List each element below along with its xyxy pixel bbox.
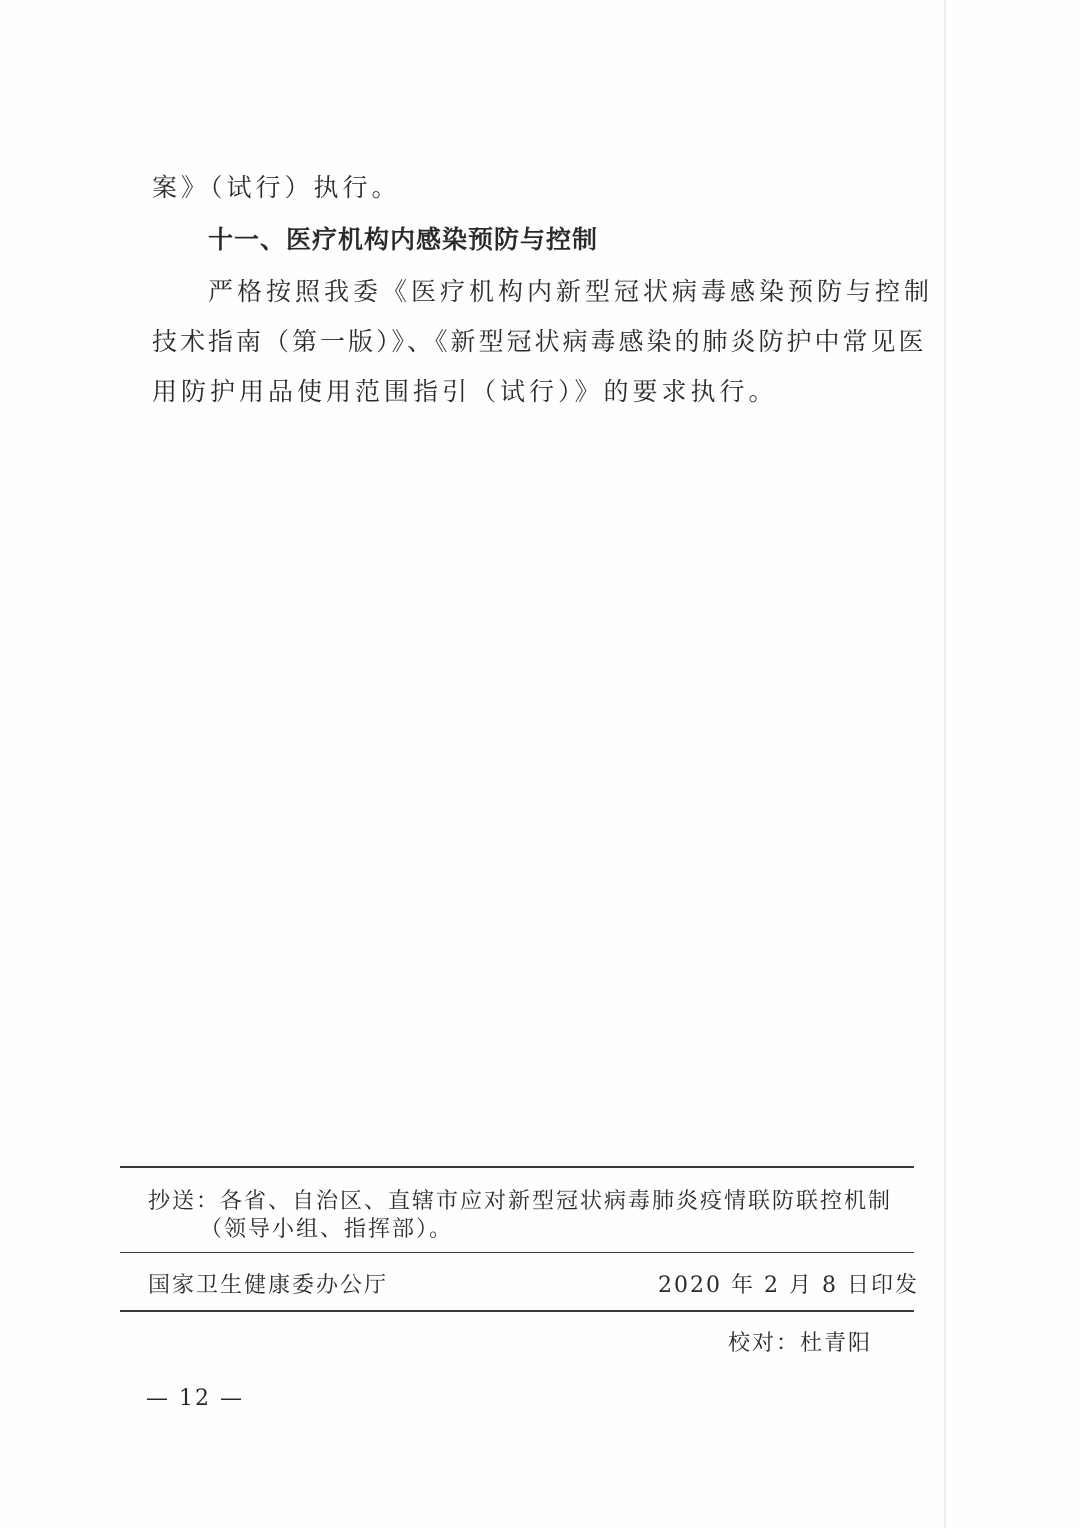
page-number: — 12 —	[146, 1386, 244, 1411]
paragraph-line-3: 用防护用品使用范围指引（试行）》的要求执行。	[152, 372, 922, 408]
paragraph-line-1: 严格按照我委《医疗机构内新型冠状病毒感染预防与控制	[208, 272, 978, 308]
footer-rule-top	[120, 1166, 914, 1168]
issuer: 国家卫生健康委办公厅	[148, 1268, 388, 1299]
paragraph-line-2: 技术指南（第一版）》、《新型冠状病毒感染的肺炎防护中常见医	[152, 322, 922, 358]
cc-line-1: 抄送：各省、自治区、直辖市应对新型冠状病毒肺炎疫情联防联控机制	[148, 1184, 892, 1215]
continuation-line: 案》（试行）执行。	[152, 168, 922, 204]
issue-date: 2020 年 2 月 8 日印发	[658, 1268, 919, 1299]
cc-line-2: （领导小组、指挥部）。	[200, 1212, 453, 1243]
footer-rule-middle	[120, 1252, 914, 1253]
section-heading: 十一、医疗机构内感染预防与控制	[208, 220, 978, 256]
proofreader: 校对：杜青阳	[728, 1326, 872, 1357]
footer-rule-bottom	[120, 1310, 914, 1312]
